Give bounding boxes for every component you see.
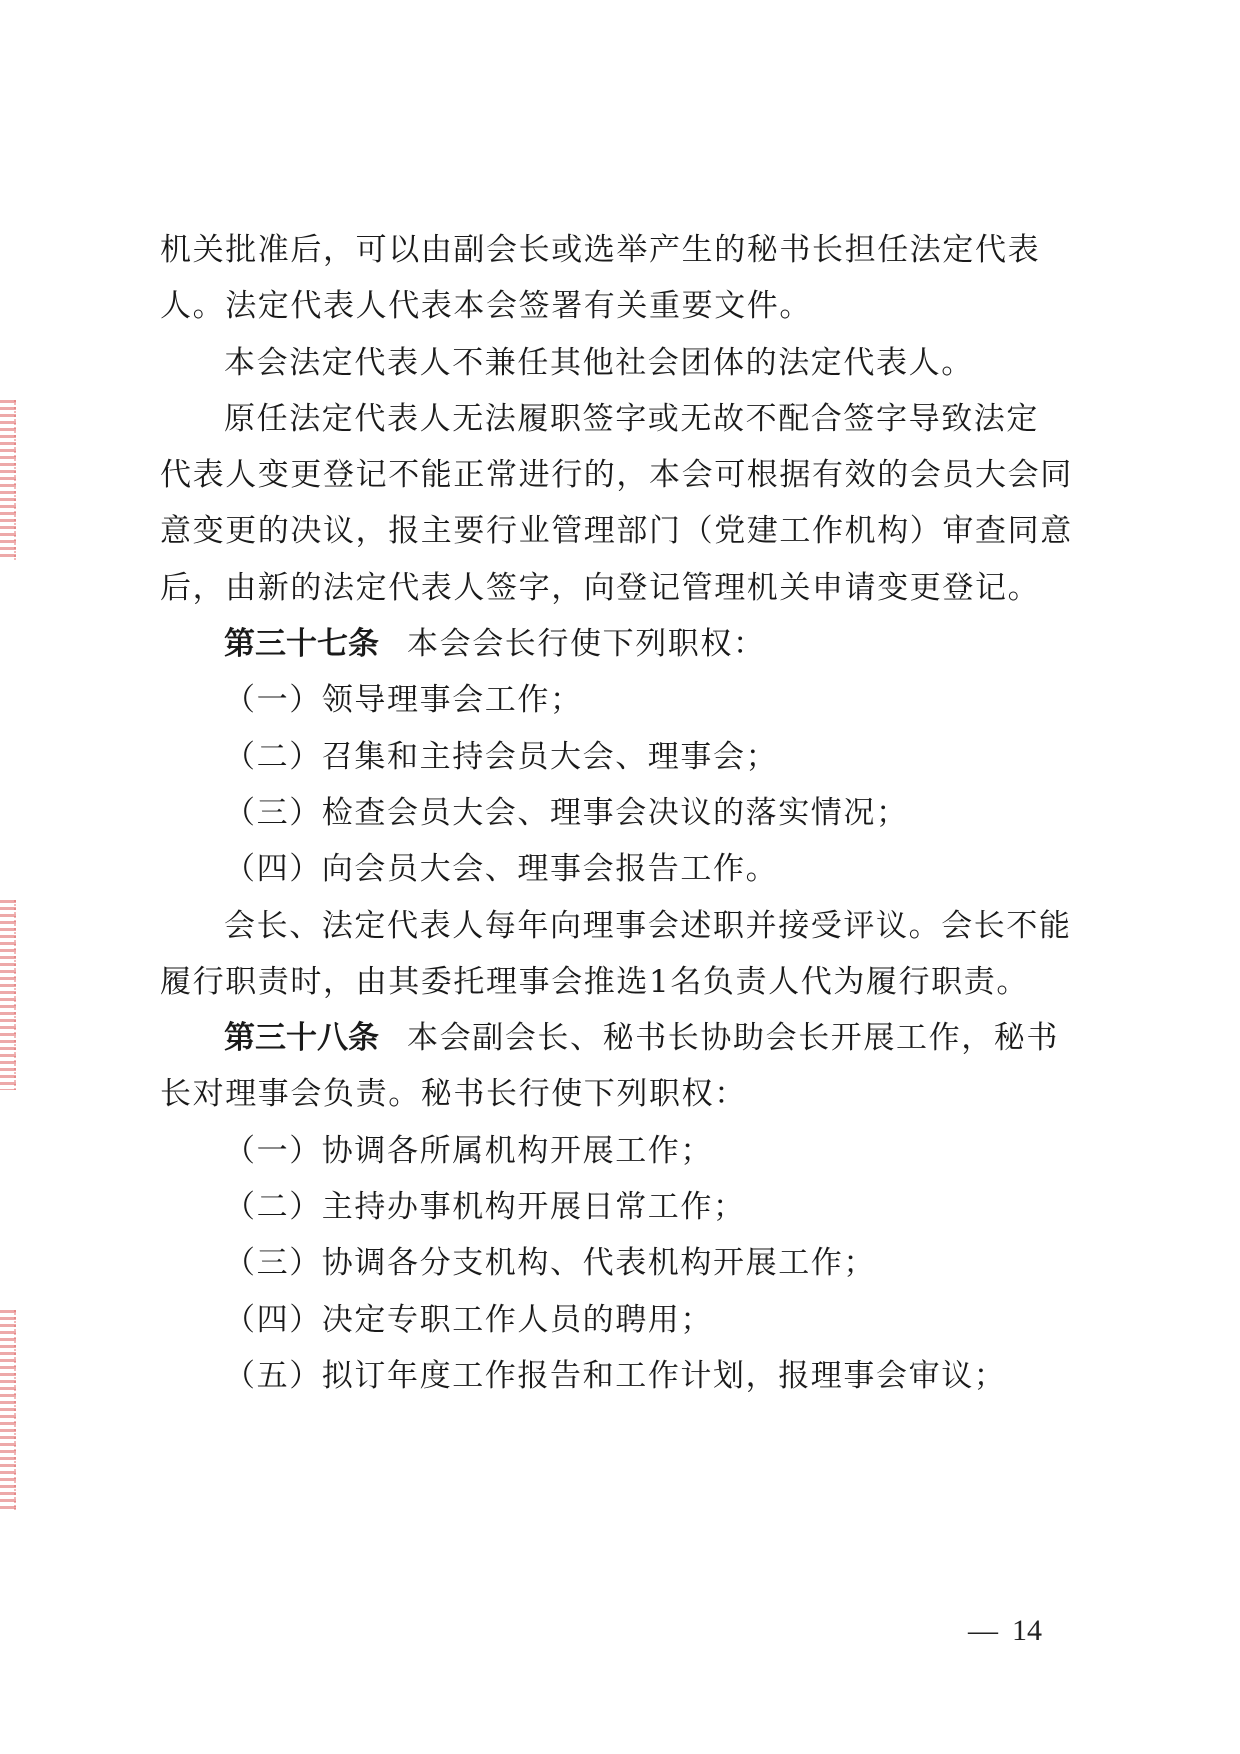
list-item: （一）领导理事会工作；	[160, 672, 1080, 728]
paragraph-line: 原任法定代表人无法履职签字或无故不配合签字导致法定	[160, 391, 1080, 447]
list-item: （四）向会员大会、理事会报告工作。	[160, 841, 1080, 897]
article-37-intro: 本会会长行使下列职权：	[407, 626, 766, 662]
paragraph-line: 后，由新的法定代表人签字，向登记管理机关申请变更登记。	[160, 560, 1080, 616]
red-seal-mark	[0, 1310, 16, 1510]
paragraph-line: 代表人变更登记不能正常进行的，本会可根据有效的会员大会同	[160, 447, 1080, 503]
red-seal-mark	[0, 400, 16, 560]
list-item: （一）协调各所属机构开展工作；	[160, 1123, 1080, 1179]
article-37-line: 第三十七条本会会长行使下列职权：	[160, 616, 1080, 672]
page-number-value: 14	[1012, 1614, 1042, 1647]
red-seal-mark	[0, 900, 16, 1090]
paragraph-line: 履行职责时，由其委托理事会推选1名负责人代为履行职责。	[160, 954, 1080, 1010]
list-item: （四）决定专职工作人员的聘用；	[160, 1292, 1080, 1348]
list-item: （五）拟订年度工作报告和工作计划，报理事会审议；	[160, 1348, 1080, 1404]
page-number: —14	[968, 1614, 1042, 1648]
article-38-heading: 第三十八条	[224, 1020, 379, 1056]
article-37-heading: 第三十七条	[224, 626, 379, 662]
paragraph-line: 长对理事会负责。秘书长行使下列职权：	[160, 1066, 1080, 1122]
list-item: （二）召集和主持会员大会、理事会；	[160, 729, 1080, 785]
list-item: （三）检查会员大会、理事会决议的落实情况；	[160, 785, 1080, 841]
paragraph-line: 会长、法定代表人每年向理事会述职并接受评议。会长不能	[160, 898, 1080, 954]
paragraph-line: 机关批准后，可以由副会长或选举产生的秘书长担任法定代表	[160, 222, 1080, 278]
paragraph-line: 人。法定代表人代表本会签署有关重要文件。	[160, 278, 1080, 334]
list-item: （三）协调各分支机构、代表机构开展工作；	[160, 1235, 1080, 1291]
paragraph-line: 意变更的决议，报主要行业管理部门（党建工作机构）审查同意	[160, 503, 1080, 559]
article-38-intro: 本会副会长、秘书长协助会长开展工作，秘书	[407, 1020, 1059, 1056]
document-page: 机关批准后，可以由副会长或选举产生的秘书长担任法定代表 人。法定代表人代表本会签…	[0, 0, 1240, 1754]
paragraph-line: 本会法定代表人不兼任其他社会团体的法定代表人。	[160, 335, 1080, 391]
article-38-line: 第三十八条本会副会长、秘书长协助会长开展工作，秘书	[160, 1010, 1080, 1066]
list-item: （二）主持办事机构开展日常工作；	[160, 1179, 1080, 1235]
page-number-dash: —	[968, 1614, 998, 1647]
document-body: 机关批准后，可以由副会长或选举产生的秘书长担任法定代表 人。法定代表人代表本会签…	[160, 222, 1080, 1404]
